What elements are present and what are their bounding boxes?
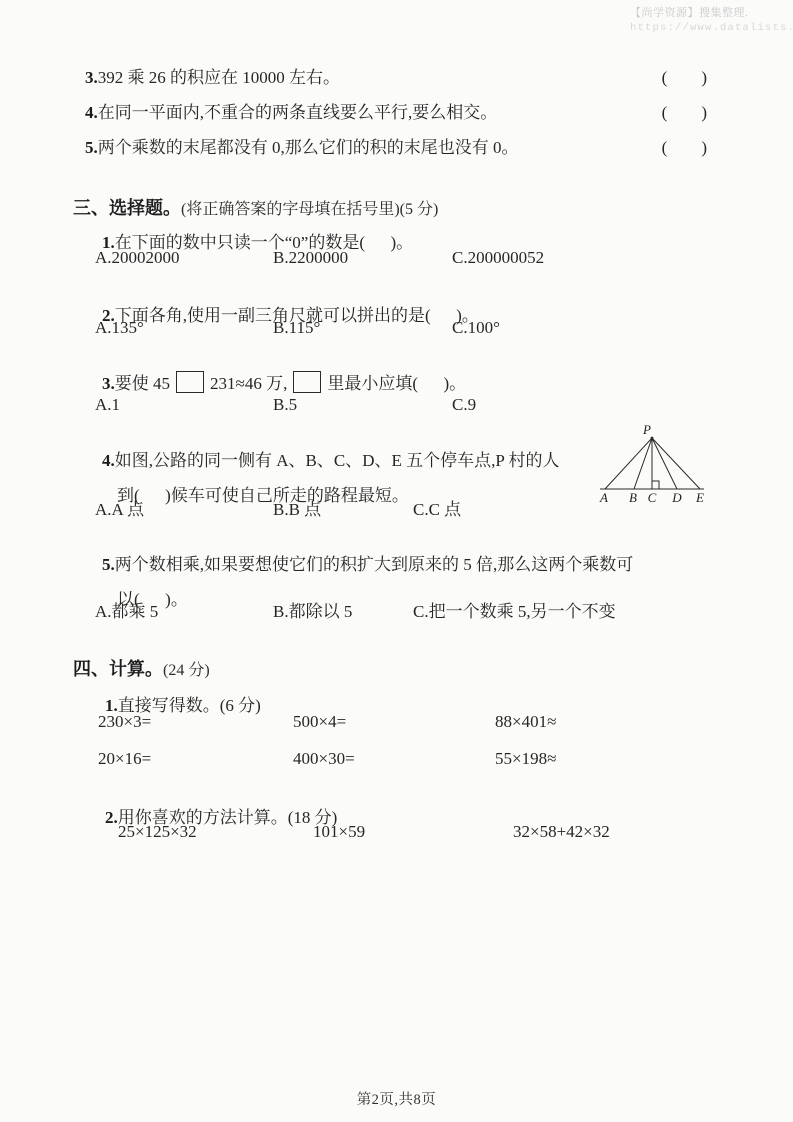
calc-expression: 25×125×32 xyxy=(118,821,313,843)
calc-expression: 500×4= xyxy=(293,711,495,733)
label-D: D xyxy=(671,490,682,503)
item-number: 3. xyxy=(85,68,98,87)
exam-page: 【尚学资源】搜集整理. https://www.datalists.cn 3.3… xyxy=(0,0,793,1122)
choice-q1-options: A.20002000 B.2200000 C.200000052 xyxy=(95,247,544,269)
right-angle-mark xyxy=(652,481,659,489)
item-number: 5. xyxy=(85,138,98,157)
calc-expression: 20×16= xyxy=(98,748,293,770)
calc-expression: 101×59 xyxy=(313,821,513,843)
item-number: 4. xyxy=(85,103,98,122)
item-text: 在同一平面内,不重合的两条直线要么平行,要么相交。 xyxy=(98,103,498,122)
calc-expression: 32×58+42×32 xyxy=(513,821,610,843)
item-text: 392 乘 26 的积应在 10000 左右。 xyxy=(98,68,340,87)
calc-expression: 88×401≈ xyxy=(495,711,556,733)
option-c: C.把一个数乘 5,另一个不变 xyxy=(413,601,616,623)
option-b: B.5 xyxy=(273,394,452,416)
choice-q3-options: A.1 B.5 C.9 xyxy=(95,394,476,416)
option-c: C.100° xyxy=(452,317,500,339)
watermark-url: https://www.datalists.cn xyxy=(630,21,790,36)
option-c: C.9 xyxy=(452,394,476,416)
choice-q5-line2: 以( )。 xyxy=(100,567,188,633)
judge-item-3: 3.392 乘 26 的积应在 10000 左右。 ( ) xyxy=(85,67,707,89)
label-B: B xyxy=(629,490,637,503)
item-number: 2. xyxy=(105,808,118,827)
watermark: 【尚学资源】搜集整理. https://www.datalists.cn xyxy=(630,6,790,36)
judge-item-text: 4.在同一平面内,不重合的两条直线要么平行,要么相交。 xyxy=(85,102,497,124)
choice-q5-options: A.都乘 5 B.都除以 5 C.把一个数乘 5,另一个不变 xyxy=(95,601,616,623)
answer-parentheses: ( ) xyxy=(662,137,707,159)
option-b: B.都除以 5 xyxy=(273,601,413,623)
option-a: A.20002000 xyxy=(95,247,273,269)
item-number: 3. xyxy=(102,374,115,393)
item-text: 两个数相乘,如果要想使它们的积扩大到原来的 5 倍,那么这两个乘数可 xyxy=(115,555,634,574)
calc-expression: 400×30= xyxy=(293,748,495,770)
choice-q2-options: A.135° B.115° C.100° xyxy=(95,317,500,339)
item-text-part3: 里最小应填( )。 xyxy=(327,374,466,393)
answer-parentheses: ( ) xyxy=(662,67,707,89)
label-C: C xyxy=(648,490,657,503)
label-A: A xyxy=(599,490,608,503)
label-E: E xyxy=(695,490,704,503)
option-a: A.135° xyxy=(95,317,273,339)
calc-row-2: 20×16= 400×30= 55×198≈ xyxy=(98,748,556,770)
answer-parentheses: ( ) xyxy=(662,102,707,124)
calc-expression: 55×198≈ xyxy=(495,748,556,770)
calc-expression: 230×3= xyxy=(98,711,293,733)
page-number: 第2页,共8页 xyxy=(0,1088,793,1109)
judge-item-text: 3.392 乘 26 的积应在 10000 左右。 xyxy=(85,67,340,89)
item-text-part1: 要使 45 xyxy=(115,374,170,393)
segment-PB xyxy=(634,438,652,489)
choice-q2: 2.下面各角,使用一副三角尺就可以拼出的是( )。 xyxy=(85,283,479,349)
apex-point xyxy=(651,437,654,440)
calc-row-1: 230×3= 500×4= 88×401≈ xyxy=(98,711,556,733)
label-P: P xyxy=(642,423,651,437)
option-c: C.200000052 xyxy=(452,247,544,269)
choice-q4-options: A.A 点 B.B 点 C.C 点 xyxy=(95,499,461,521)
option-a: A.都乘 5 xyxy=(95,601,273,623)
blank-box xyxy=(176,371,204,393)
option-a: A.1 xyxy=(95,394,273,416)
diagram-svg: P A B C D E xyxy=(592,423,712,503)
option-a: A.A 点 xyxy=(95,499,273,521)
calc-row-3: 25×125×32 101×59 32×58+42×32 xyxy=(118,821,610,843)
option-b: B.B 点 xyxy=(273,499,413,521)
watermark-source: 【尚学资源】搜集整理. xyxy=(630,6,790,21)
option-b: B.2200000 xyxy=(273,247,452,269)
bus-stop-diagram: P A B C D E xyxy=(592,423,712,503)
judge-item-text: 5.两个乘数的末尾都没有 0,那么它们的积的末尾也没有 0。 xyxy=(85,137,519,159)
item-text: 两个乘数的末尾都没有 0,那么它们的积的末尾也没有 0。 xyxy=(98,138,519,157)
segment-PA xyxy=(605,438,652,489)
item-text-part2: 231≈46 万, xyxy=(210,374,287,393)
judge-item-4: 4.在同一平面内,不重合的两条直线要么平行,要么相交。 ( ) xyxy=(85,102,707,124)
option-c: C.C 点 xyxy=(413,499,461,521)
option-b: B.115° xyxy=(273,317,452,339)
blank-box xyxy=(293,371,321,393)
judge-item-5: 5.两个乘数的末尾都没有 0,那么它们的积的末尾也没有 0。 ( ) xyxy=(85,137,707,159)
